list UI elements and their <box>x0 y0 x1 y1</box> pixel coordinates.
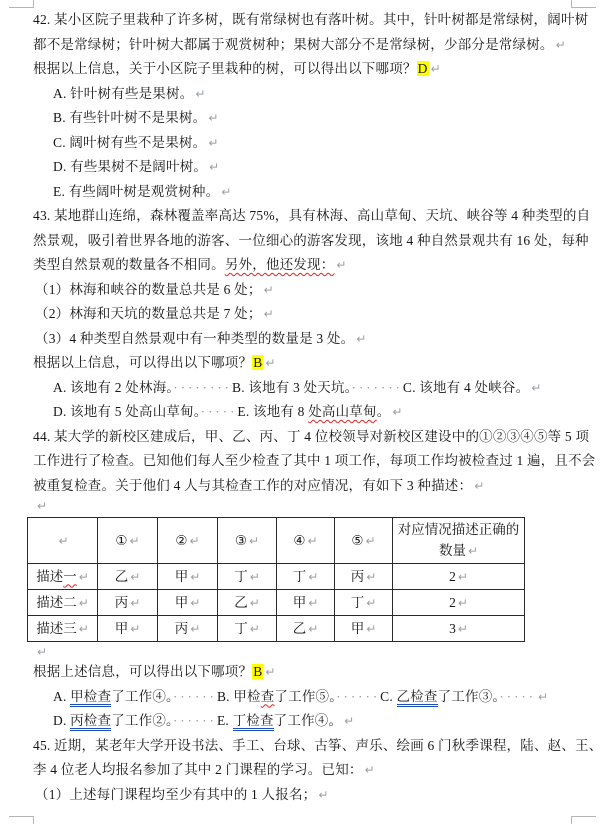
spellcheck-wavy-underline: 查 <box>261 689 275 704</box>
table-cell: 描述一↵ <box>28 564 98 590</box>
text-run: 然景观，吸引着世界各地的游客、一位细心的游客发现，该地 4 种自然景观共有 16… <box>33 233 589 248</box>
q44-stem-2: 工作进行了检查。已知他们每人至少检查了其中 1 项工作，每项工作均被检查过 1 … <box>33 449 575 474</box>
text-run: D. 有些果树不是阔叶树。 <box>53 159 207 174</box>
table-cell: 丁↵ <box>218 616 277 642</box>
table-cell: 2↵ <box>393 590 525 616</box>
paragraph-mark-icon: ↵ <box>206 136 218 150</box>
text-run: 描述二 <box>36 595 77 610</box>
table-cell: 2↵ <box>393 564 525 590</box>
paragraph-mark-icon: ↵ <box>354 332 366 346</box>
dot-separator: ······ <box>173 713 217 728</box>
paragraph-mark-icon: ↵ <box>364 570 376 584</box>
paragraph-mark-icon: ↵ <box>306 622 318 636</box>
paragraph-mark-icon: ↵ <box>35 499 47 513</box>
paragraph-mark-icon: ↵ <box>306 570 318 584</box>
paragraph-mark-icon: ↵ <box>193 87 205 101</box>
paragraph-mark-icon: ↵ <box>219 185 231 199</box>
table-cell: 乙↵ <box>218 590 277 616</box>
text-run: 了工作②。 <box>111 713 173 728</box>
text-run: A. 该地有 2 处林海。 <box>53 380 173 395</box>
text-run: 类型自然景观的数量各不相同。 <box>33 257 225 272</box>
text-run: 了工作④。 <box>111 689 173 704</box>
paragraph-mark-icon: ↵ <box>536 690 548 704</box>
dot-separator: ····· <box>201 404 238 419</box>
dot-separator: ······· <box>352 380 403 395</box>
paragraph-mark-icon: ↵ <box>263 356 275 370</box>
table-header-row: ↵①↵②↵③↵④↵⑤↵对应情况描述正确的数量↵ <box>28 518 525 564</box>
q43-stem-2: 然景观，吸引着世界各地的游客、一位细心的游客发现，该地 4 种自然景观共有 16… <box>33 229 575 254</box>
text-run: 根据以上信息，可以得出以下哪项？ <box>33 355 252 370</box>
paragraph-mark-icon: ↵ <box>128 570 140 584</box>
dot-separator: ······ <box>336 689 380 704</box>
paragraph-mark-icon: ↵ <box>306 596 318 610</box>
text-run: E. 有些阔叶树是观赏树种。 <box>53 184 219 199</box>
text-run: ⑤ <box>351 533 363 548</box>
text-run: 。 <box>377 404 391 419</box>
paragraph-mark-icon: ↵ <box>342 714 354 728</box>
paragraph-mark-icon: ↵ <box>248 622 260 636</box>
table-cell: 丁↵ <box>335 590 393 616</box>
text-run: 丙 <box>175 621 189 636</box>
paragraph-mark-icon: ↵ <box>334 258 346 272</box>
text-run: D. <box>53 713 70 728</box>
paragraph-mark-icon: ↵ <box>248 596 260 610</box>
text-run: ② <box>175 533 187 548</box>
table-cell: 描述三↵ <box>28 616 98 642</box>
text-run: 45. 近期，某老年大学开设书法、手工、台球、古筝、声乐、绘画 6 门秋季课程，… <box>33 738 602 753</box>
text-run: 42. 某小区院子里栽种了许多树，既有常绿树也有落叶树。其中，针叶树都是常绿树，… <box>33 12 588 27</box>
text-run: 2 <box>449 569 456 584</box>
table-cell: 甲↵ <box>158 590 218 616</box>
paragraph-mark-icon: ↵ <box>262 283 274 297</box>
table-row: 描述一↵乙↵甲↵丁↵丁↵丙↵2↵ <box>28 564 525 590</box>
paragraph-mark-icon: ↵ <box>188 534 200 548</box>
table-cell: 丁↵ <box>277 564 335 590</box>
text-run: 3 <box>449 621 456 636</box>
text-run: 了工作⑤。 <box>274 689 336 704</box>
table-header-cell: ①↵ <box>98 518 158 564</box>
dot-separator: ······ <box>173 689 217 704</box>
q45-stem-1: 45. 近期，某老年大学开设书法、手工、台球、古筝、声乐、绘画 6 门秋季课程，… <box>33 734 575 759</box>
text-run: （3）4 种类型自然景观中有一种类型的数量是 3 处。 <box>35 331 354 346</box>
table-cell: 乙↵ <box>277 616 335 642</box>
q44-stem-1: 44. 某大学的新校区建成后，甲、乙、丙、丁 4 位校领导对新校区建设中的①②③… <box>33 425 575 450</box>
text-run: 乙 <box>293 621 307 636</box>
paragraph-mark-icon: ↵ <box>207 160 219 174</box>
text-run: ① <box>115 533 127 548</box>
text-run: ④ <box>293 533 305 548</box>
text-run: 都不是常绿树；针叶树大都属于观赏树种；果树大部分不是常绿树，少部分是常绿树。 <box>33 37 554 52</box>
paragraph-mark-icon: ↵ <box>466 544 478 558</box>
table-cell: 甲↵ <box>335 616 393 642</box>
text-run: 丙 <box>351 569 365 584</box>
page-corner-mark-top-right <box>571 0 596 8</box>
paragraph-mark-icon: ↵ <box>206 111 218 125</box>
q43-clue-2: （2）林海和天坑的数量总共是 7 处；↵ <box>33 302 575 327</box>
text-run: B. 甲检 <box>217 689 261 704</box>
text-run: 43. 某地群山连绵，森林覆盖率高达 75%，具有林海、高山草甸、天坑、峡谷等 … <box>33 208 590 223</box>
q44-options-2: D. 丙检查了工作②。······E. 丁检查了工作④。↵ <box>33 709 575 734</box>
q44-question: 根据上述信息，可以得出以下哪项？B↵ <box>33 660 575 685</box>
answer-highlight: D <box>417 61 429 76</box>
text-run: E. 该地有 8 <box>237 404 308 419</box>
table-cell: 甲↵ <box>158 564 218 590</box>
table-cell: 描述二↵ <box>28 590 98 616</box>
q43-options-1: A. 该地有 2 处林海。········B. 该地有 3 处天坑。······… <box>33 376 575 401</box>
page-corner-mark-top-left <box>9 0 34 8</box>
q43-options-2: D. 该地有 5 处高山草甸。·····E. 该地有 8 处高山草甸。↵ <box>33 400 575 425</box>
paragraph-mark-icon: ↵ <box>390 405 402 419</box>
text-run: 丁 <box>293 569 307 584</box>
table-row: 描述二↵丙↵甲↵乙↵甲↵丁↵2↵ <box>28 590 525 616</box>
q42-option-b: B. 有些针叶树不是果树。↵ <box>33 106 575 131</box>
text-run: 被重复检查。关于他们 4 人与其检查工作的对应情况，有如下 3 种描述： <box>33 478 472 493</box>
text-run: B. 该地有 3 处天坑。 <box>232 380 352 395</box>
paragraph-mark-icon: ↵ <box>248 570 260 584</box>
table-cell: 丙↵ <box>335 564 393 590</box>
text-run: A. <box>53 689 70 704</box>
text-run: （1）上述每门课程均至少有其中的 1 人报名； <box>35 787 316 802</box>
q43-stem-1: 43. 某地群山连绵，森林覆盖率高达 75%，具有林海、高山草甸、天坑、峡谷等 … <box>33 204 575 229</box>
q42-option-c: C. 阔叶树有些不是果树。↵ <box>33 131 575 156</box>
q42-stem-1: 42. 某小区院子里栽种了许多树，既有常绿树也有落叶树。其中，针叶树都是常绿树，… <box>33 8 575 33</box>
paragraph-mark-icon: ↵ <box>128 622 140 636</box>
text-run: （2）林海和天坑的数量总共是 7 处； <box>35 306 262 321</box>
paragraph-mark-icon: ↵ <box>77 596 89 610</box>
text-run: C. 该地有 4 处峡谷。 <box>403 380 529 395</box>
table-cell: 甲↵ <box>277 590 335 616</box>
table-cell: 丙↵ <box>98 590 158 616</box>
paragraph-mark-icon: ↵ <box>262 307 274 321</box>
text-run: （1）林海和峡谷的数量总共是 6 处； <box>35 282 262 297</box>
table-cell: 乙↵ <box>98 564 158 590</box>
text-run: 甲 <box>175 595 189 610</box>
text-run: D. 该地有 5 处高山草甸。 <box>53 404 201 419</box>
text-run: 根据上述信息，可以得出以下哪项？ <box>33 664 252 679</box>
spellcheck-wavy-underline: 处高山草甸 <box>308 404 377 419</box>
paragraph-mark-icon: ↵ <box>456 622 468 636</box>
paragraph-mark-icon: ↵ <box>77 570 89 584</box>
dot-separator: ····· <box>499 689 536 704</box>
paragraph-mark-icon: ↵ <box>456 596 468 610</box>
text-run: 丁 <box>234 621 248 636</box>
q45-clue-1: （1）上述每门课程均至少有其中的 1 人报名；↵ <box>33 783 575 808</box>
text-run: 甲 <box>115 621 129 636</box>
q42-question: 根据以上信息，关于小区院子里栽种的树，可以得出以下哪项？D↵ <box>33 57 575 82</box>
q45-stem-2: 李 4 位老人均报名参加了其中 2 门课程的学习。已知：↵ <box>33 758 575 783</box>
text-run: C. 阔叶树有些不是果树。 <box>53 135 206 150</box>
paragraph-mark-icon: ↵ <box>554 38 566 52</box>
table-header-cell: ↵ <box>28 518 98 564</box>
text-run: 甲 <box>293 595 307 610</box>
q42-stem-2: 都不是常绿树；针叶树大都属于观赏树种；果树大部分不是常绿树，少部分是常绿树。↵ <box>33 33 575 58</box>
text-run: 对应情况描述正确的数量 <box>398 522 520 558</box>
paragraph-mark-icon: ↵ <box>364 534 376 548</box>
text-run: 根据以上信息，关于小区院子里栽种的树，可以得出以下哪项？ <box>33 61 417 76</box>
text-run: A. 针叶树有些是果树。 <box>53 86 193 101</box>
text-run: 丁 <box>351 595 365 610</box>
text-run: ③ <box>235 533 247 548</box>
paragraph-mark-icon: ↵ <box>429 62 441 76</box>
q43-clue-1: （1）林海和峡谷的数量总共是 6 处；↵ <box>33 278 575 303</box>
table-cell: 丙↵ <box>158 616 218 642</box>
q44-stem-3: 被重复检查。关于他们 4 人与其检查工作的对应情况，有如下 3 种描述：↵ <box>33 474 575 499</box>
q44-table: ↵①↵②↵③↵④↵⑤↵对应情况描述正确的数量↵描述一↵乙↵甲↵丁↵丁↵丙↵2↵描… <box>27 517 525 642</box>
table-row: 描述三↵甲↵丙↵丁↵乙↵甲↵3↵ <box>28 616 525 642</box>
paragraph-mark-icon: ↵ <box>472 479 484 493</box>
table-header-cell: ②↵ <box>158 518 218 564</box>
table-header-cell: 对应情况描述正确的数量↵ <box>393 518 525 564</box>
word-document-page: 42. 某小区院子里栽种了许多树，既有常绿树也有落叶树。其中，针叶树都是常绿树，… <box>0 0 605 824</box>
spellcheck-wavy-underline: 另外，他还发现： <box>225 257 335 272</box>
grammar-double-underline: 乙检查 <box>397 689 438 707</box>
table-header-cell: ⑤↵ <box>335 518 393 564</box>
paragraph-mark-icon: ↵ <box>364 622 376 636</box>
text-run: 李 4 位老人均报名参加了其中 2 门课程的学习。已知： <box>33 762 363 777</box>
paragraph-mark-icon: ↵ <box>456 570 468 584</box>
document-body: 42. 某小区院子里栽种了许多树，既有常绿树也有落叶树。其中，针叶树都是常绿树，… <box>33 8 575 807</box>
answer-highlight: B <box>252 355 263 370</box>
paragraph-mark-icon: ↵ <box>188 622 200 636</box>
text-run: E. <box>217 713 233 728</box>
table-cell: 丁↵ <box>218 564 277 590</box>
text-run: 丙 <box>115 595 129 610</box>
text-run: 44. 某大学的新校区建成后，甲、乙、丙、丁 4 位校领导对新校区建设中的①②③… <box>33 429 589 444</box>
paragraph-mark-icon: ↵ <box>128 534 140 548</box>
text-run: 甲 <box>351 621 365 636</box>
grammar-double-underline: 丙检查 <box>70 713 111 731</box>
text-run: B. 有些针叶树不是果树。 <box>53 110 206 125</box>
q42-option-e: E. 有些阔叶树是观赏树种。↵ <box>33 180 575 205</box>
grammar-double-underline: 甲检查 <box>70 689 111 707</box>
q42-option-a: A. 针叶树有些是果树。↵ <box>33 82 575 107</box>
table-header-cell: ④↵ <box>277 518 335 564</box>
text-run: 描述三 <box>36 621 77 636</box>
q43-question: 根据以上信息，可以得出以下哪项？B↵ <box>33 351 575 376</box>
q42-option-d: D. 有些果树不是阔叶树。↵ <box>33 155 575 180</box>
text-run: 丁 <box>234 569 248 584</box>
paragraph-mark-icon: ↵ <box>316 788 328 802</box>
table-header-cell: ③↵ <box>218 518 277 564</box>
paragraph-mark-icon: ↵ <box>35 645 47 659</box>
paragraph-mark-icon: ↵ <box>247 534 259 548</box>
text-run: 乙 <box>234 595 248 610</box>
paragraph-mark-icon: ↵ <box>263 665 275 679</box>
paragraph-mark-icon: ↵ <box>529 381 541 395</box>
q44-empty-before-table: ↵ <box>33 498 575 514</box>
answer-highlight: B <box>252 664 263 679</box>
q44-empty-after-table: ↵ <box>33 644 575 660</box>
text-run: 描述 <box>36 569 63 584</box>
paragraph-mark-icon: ↵ <box>77 622 89 636</box>
grammar-double-underline: 丁检查 <box>233 713 274 731</box>
text-run: 了工作④。 <box>274 713 343 728</box>
q43-clue-3: （3）4 种类型自然景观中有一种类型的数量是 3 处。↵ <box>33 327 575 352</box>
text-run: C. <box>380 689 396 704</box>
q43-stem-3: 类型自然景观的数量各不相同。另外，他还发现：↵ <box>33 253 575 278</box>
table-cell: 甲↵ <box>98 616 158 642</box>
spellcheck-wavy-underline: 一 <box>63 569 77 584</box>
text-run: 工作进行了检查。已知他们每人至少检查了其中 1 项工作，每项工作均被检查过 1 … <box>33 453 596 468</box>
q44-options-1: A. 甲检查了工作④。······B. 甲检查了工作⑤。······C. 乙检查… <box>33 685 575 710</box>
paragraph-mark-icon: ↵ <box>306 534 318 548</box>
text-run: 甲 <box>175 569 189 584</box>
paragraph-mark-icon: ↵ <box>128 596 140 610</box>
paragraph-mark-icon: ↵ <box>364 596 376 610</box>
page-corner-mark-bottom-left <box>9 816 34 824</box>
text-run: 乙 <box>115 569 129 584</box>
paragraph-mark-icon: ↵ <box>188 596 200 610</box>
text-run: 了工作③。 <box>438 689 500 704</box>
dot-separator: ········ <box>173 380 232 395</box>
page-corner-mark-bottom-right <box>571 816 596 824</box>
table-cell: 3↵ <box>393 616 525 642</box>
text-run: 2 <box>449 595 456 610</box>
paragraph-mark-icon: ↵ <box>188 570 200 584</box>
paragraph-mark-icon: ↵ <box>56 534 68 548</box>
paragraph-mark-icon: ↵ <box>363 763 375 777</box>
